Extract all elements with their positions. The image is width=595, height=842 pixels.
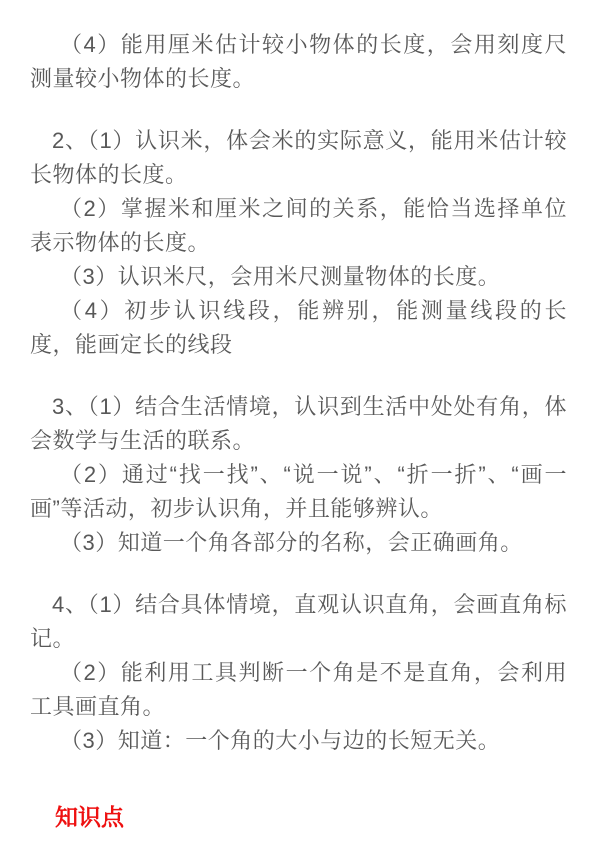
objectives-section-2: 2、（1）认识米，体会米的实际意义，能用米估计较长物体的长度。 （2）掌握米和厘… xyxy=(30,124,567,362)
objective-paragraph: （2）通过“找一找”、“说一说”、“折一折”、“画一画”等活动，初步认识角，并且… xyxy=(30,458,567,526)
knowledge-points-heading: 知识点 xyxy=(30,804,567,830)
objectives-section-3: 3、（1）结合生活情境，认识到生活中处处有角，体会数学与生活的联系。 （2）通过… xyxy=(30,390,567,560)
objective-paragraph: （4）初步认识线段，能辨别，能测量线段的长度，能画定长的线段 xyxy=(30,294,567,362)
document-page: （4）能用厘米估计较小物体的长度，会用刻度尺测量较小物体的长度。 2、（1）认识… xyxy=(0,0,595,842)
objective-paragraph: （3）认识米尺，会用米尺测量物体的长度。 xyxy=(30,260,567,294)
objective-paragraph: （4）能用厘米估计较小物体的长度，会用刻度尺测量较小物体的长度。 xyxy=(30,28,567,96)
objective-paragraph: 4、（1）结合具体情境，直观认识直角，会画直角标记。 xyxy=(30,588,567,656)
objective-paragraph: （3）知道一个角各部分的名称，会正确画角。 xyxy=(30,526,567,560)
objective-paragraph: （3）知道：一个角的大小与边的长短无关。 xyxy=(30,724,567,758)
objective-paragraph: （2）能利用工具判断一个角是不是直角，会利用工具画直角。 xyxy=(30,656,567,724)
objectives-section-1: （4）能用厘米估计较小物体的长度，会用刻度尺测量较小物体的长度。 xyxy=(30,28,567,96)
objectives-section-4: 4、（1）结合具体情境，直观认识直角，会画直角标记。 （2）能利用工具判断一个角… xyxy=(30,588,567,758)
objective-paragraph: （2）掌握米和厘米之间的关系，能恰当选择单位表示物体的长度。 xyxy=(30,192,567,260)
objective-paragraph: 3、（1）结合生活情境，认识到生活中处处有角，体会数学与生活的联系。 xyxy=(30,390,567,458)
objective-paragraph: 2、（1）认识米，体会米的实际意义，能用米估计较长物体的长度。 xyxy=(30,124,567,192)
